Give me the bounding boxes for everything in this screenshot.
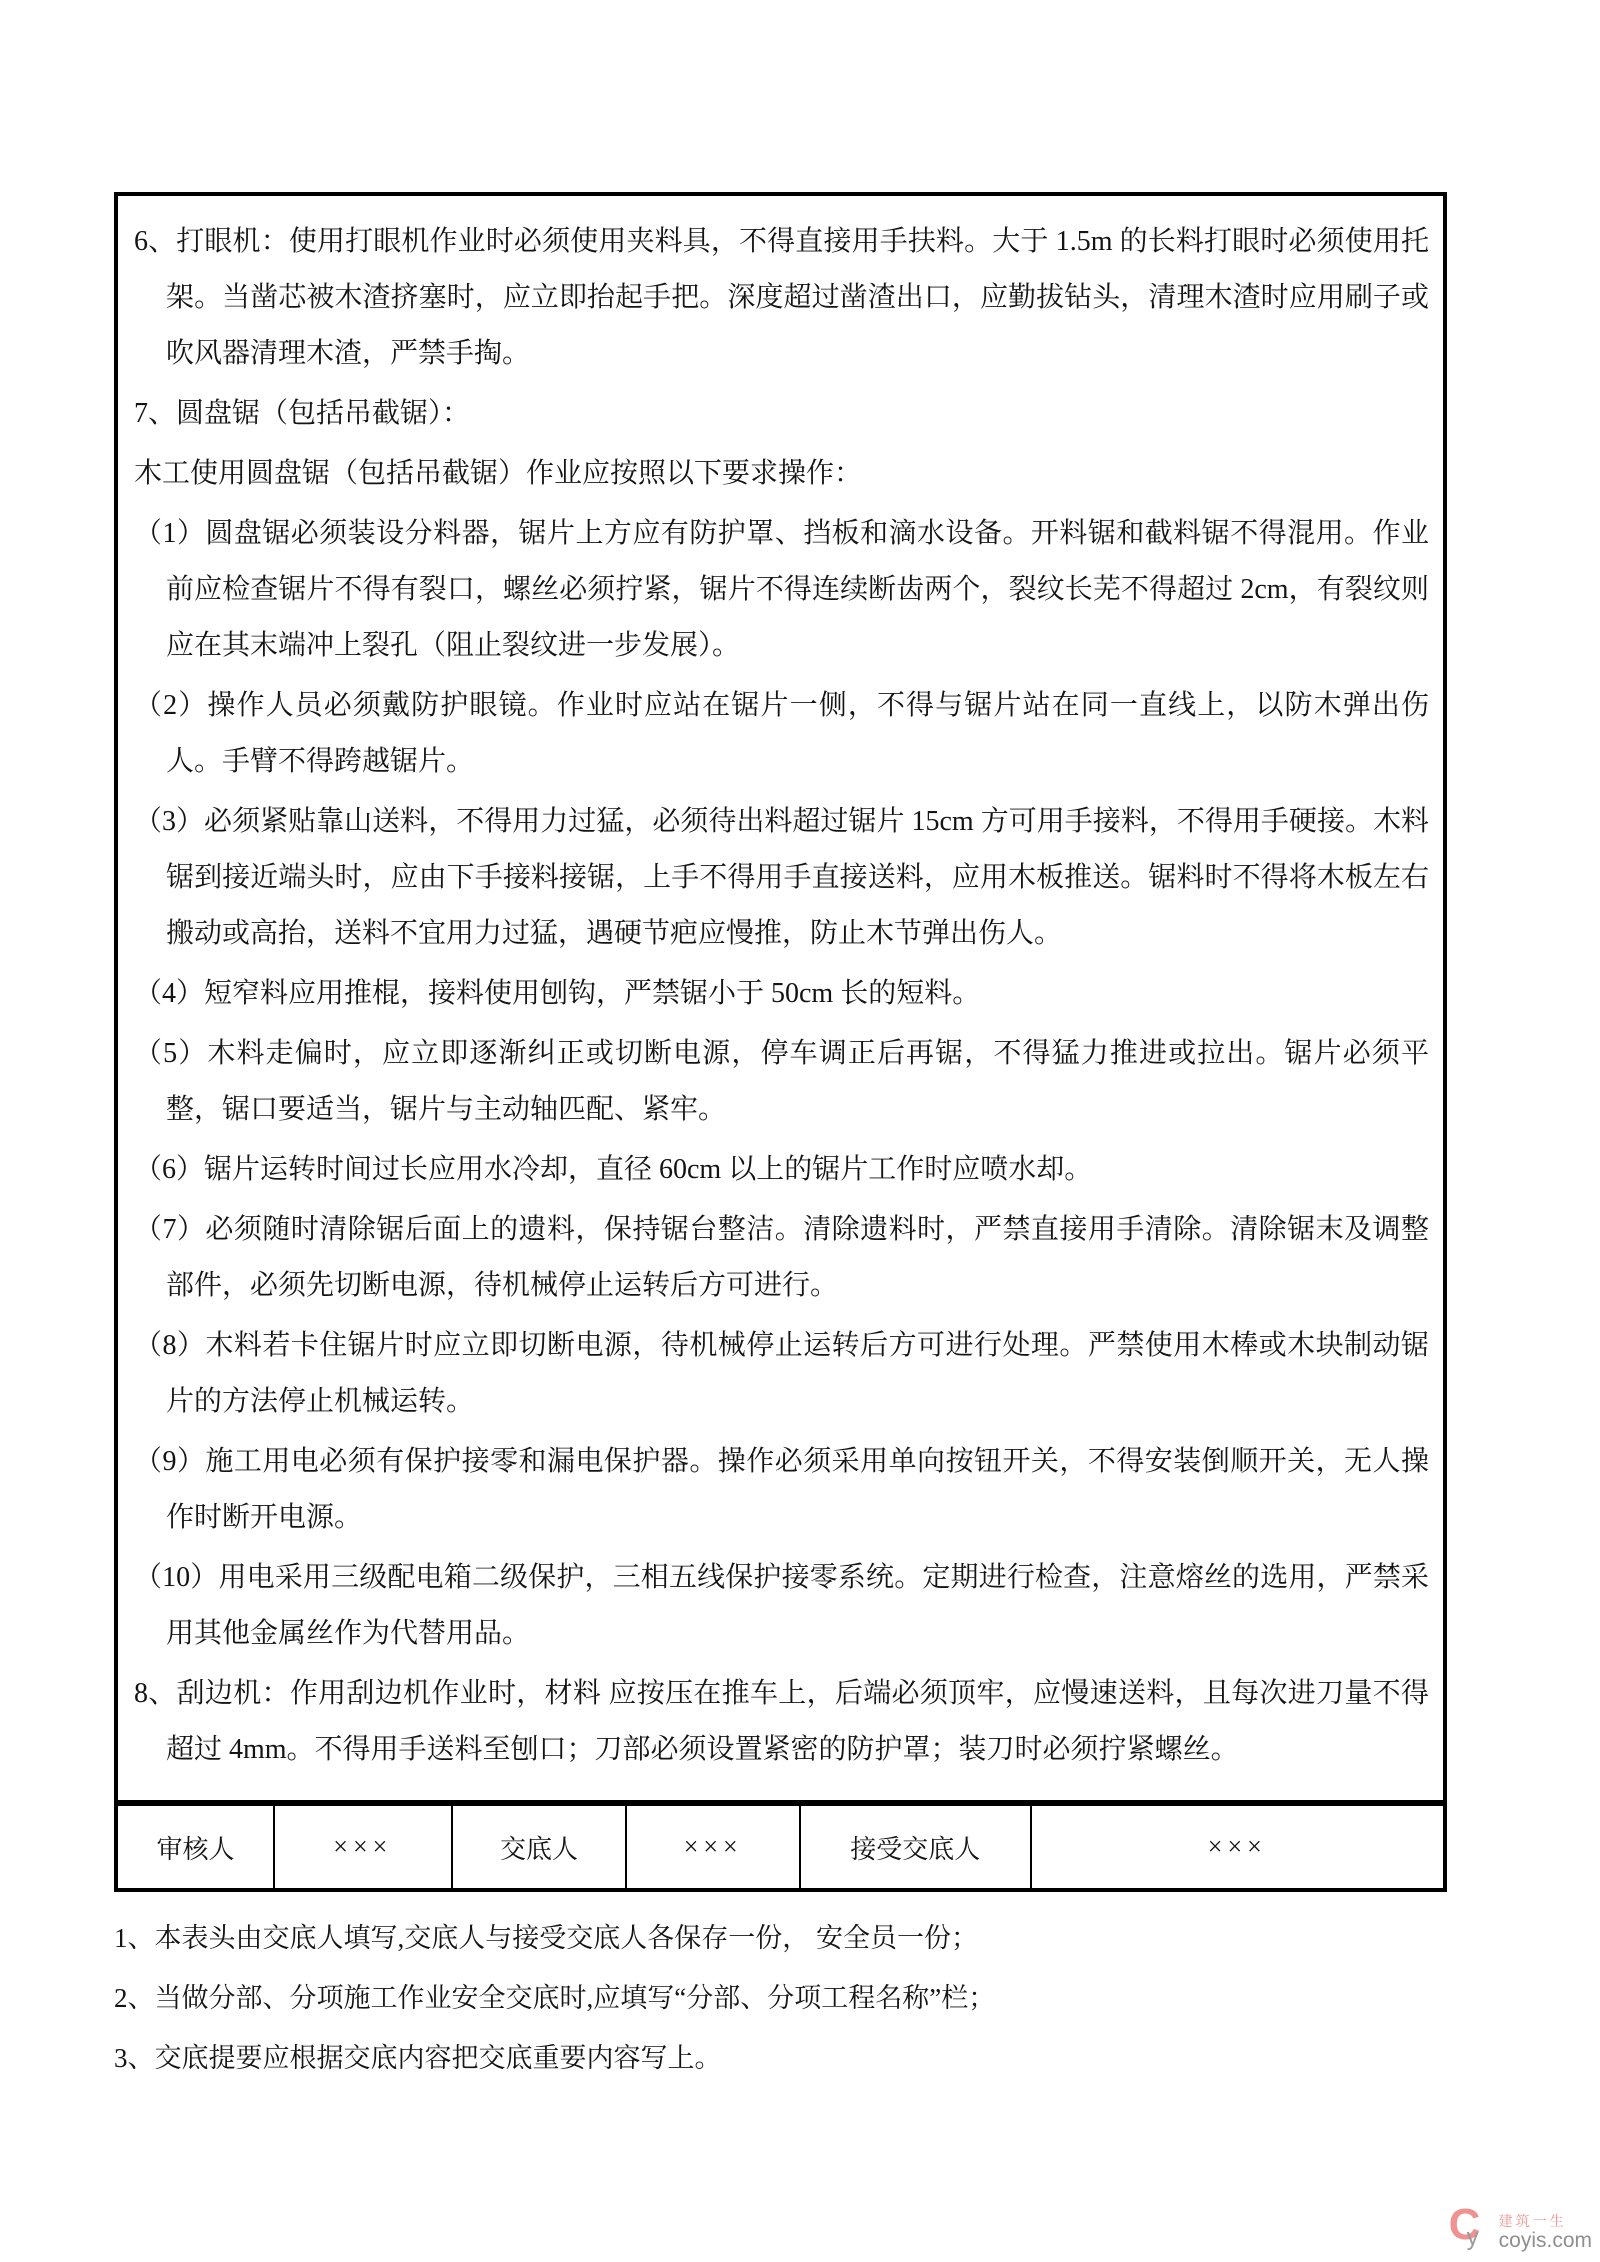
para-item7-circular-saw-heading: 7、圆盘锯（包括吊截锯）： [134,386,1429,442]
discloser-value-cell: ××× [625,1806,799,1888]
reviewer-signature: ××× [333,1832,392,1862]
para-item6-drilling-machine: 6、打眼机：使用打眼机作业时必须使用夹料具，不得直接用手扶料。大于 1.5m 的… [134,214,1429,382]
para-item8-edge-scraper: 8、刮边机：作用刮边机作业时，材料 应按压在推车上，后端必须顶牢，应慢速送料，且… [134,1666,1429,1778]
para-circular-saw-intro: 木工使用圆盘锯（包括吊截锯）作业应按照以下要求操作： [134,446,1429,502]
reviewer-label: 审核人 [157,1829,235,1866]
para-sub8: （8）木料若卡住锯片时应立即切断电源，待机械停止运转后方可进行处理。严禁使用木棒… [134,1318,1429,1430]
footnote-1: 1、本表头由交底人填写,交底人与接受交底人各保存一份， 安全员一份； [114,1908,1447,1968]
para-sub1: （1）圆盘锯必须装设分料器，锯片上方应有防护罩、挡板和滴水设备。开料锯和截料锯不… [134,506,1429,674]
watermark: C y 建筑一生 coyis.com [1449,2210,1592,2256]
watermark-brand: 建筑一生 [1499,2213,1592,2229]
receiver-label: 接受交底人 [850,1829,980,1866]
para-sub7: （7）必须随时清除锯后面上的遗料，保持锯台整洁。清除遗料时，严禁直接用手清除。清… [134,1202,1429,1314]
para-sub6: （6）锯片运转时间过长应用水冷却，直径 60cm 以上的锯片工作时应喷水却。 [134,1142,1429,1198]
discloser-label: 交底人 [500,1829,578,1866]
receiver-value-cell: ××× [1030,1806,1443,1888]
footnotes-section: 1、本表头由交底人填写,交底人与接受交底人各保存一份， 安全员一份； 2、当做分… [114,1908,1447,2088]
reviewer-label-cell: 审核人 [118,1806,273,1888]
receiver-signature: ××× [1208,1832,1267,1862]
para-sub5: （5）木料走偏时，应立即逐渐纠正或切断电源，停车调正后再锯，不得猛力推进或拉出。… [134,1026,1429,1138]
footnote-3: 3、交底提要应根据交底内容把交底重要内容写上。 [114,2028,1447,2088]
para-sub9: （9）施工用电必须有保护接零和漏电保护器。操作必须采用单向按钮开关，不得安装倒顺… [134,1434,1429,1546]
para-sub10: （10）用电采用三级配电箱二级保护，三相五线保护接零系统。定期进行检查，注意熔丝… [134,1550,1429,1662]
para-sub3: （3）必须紧贴靠山送料，不得用力过猛，必须待出料超过锯片 15cm 方可用手接料… [134,794,1429,962]
para-sub4: （4）短窄料应用推棍，接料使用刨钩，严禁锯小于 50cm 长的短料。 [134,966,1429,1022]
watermark-domain: coyis.com [1499,2229,1592,2253]
reviewer-value-cell: ××× [273,1806,451,1888]
discloser-signature: ××× [684,1832,743,1862]
signature-row: 审核人 ××× 交底人 ××× 接受交底人 ××× [118,1800,1443,1888]
para-sub2: （2）操作人员必须戴防护眼镜。作业时应站在锯片一侧，不得与锯片站在同一直线上，以… [134,678,1429,790]
watermark-logo-y: y [1467,2224,1479,2252]
document-body: 6、打眼机：使用打眼机作业时必须使用夹料具，不得直接用手扶料。大于 1.5m 的… [118,196,1443,1800]
discloser-label-cell: 交底人 [451,1806,626,1888]
safety-disclosure-table: 6、打眼机：使用打眼机作业时必须使用夹料具，不得直接用手扶料。大于 1.5m 的… [114,192,1447,1892]
watermark-text: 建筑一生 coyis.com [1499,2213,1592,2253]
footnote-2: 2、当做分部、分项施工作业安全交底时,应填写“分部、分项工程名称”栏； [114,1968,1447,2028]
receiver-label-cell: 接受交底人 [799,1806,1030,1888]
watermark-logo-icon: C y [1449,2210,1495,2256]
document-page: 6、打眼机：使用打眼机作业时必须使用夹料具，不得直接用手扶料。大于 1.5m 的… [0,0,1600,2262]
